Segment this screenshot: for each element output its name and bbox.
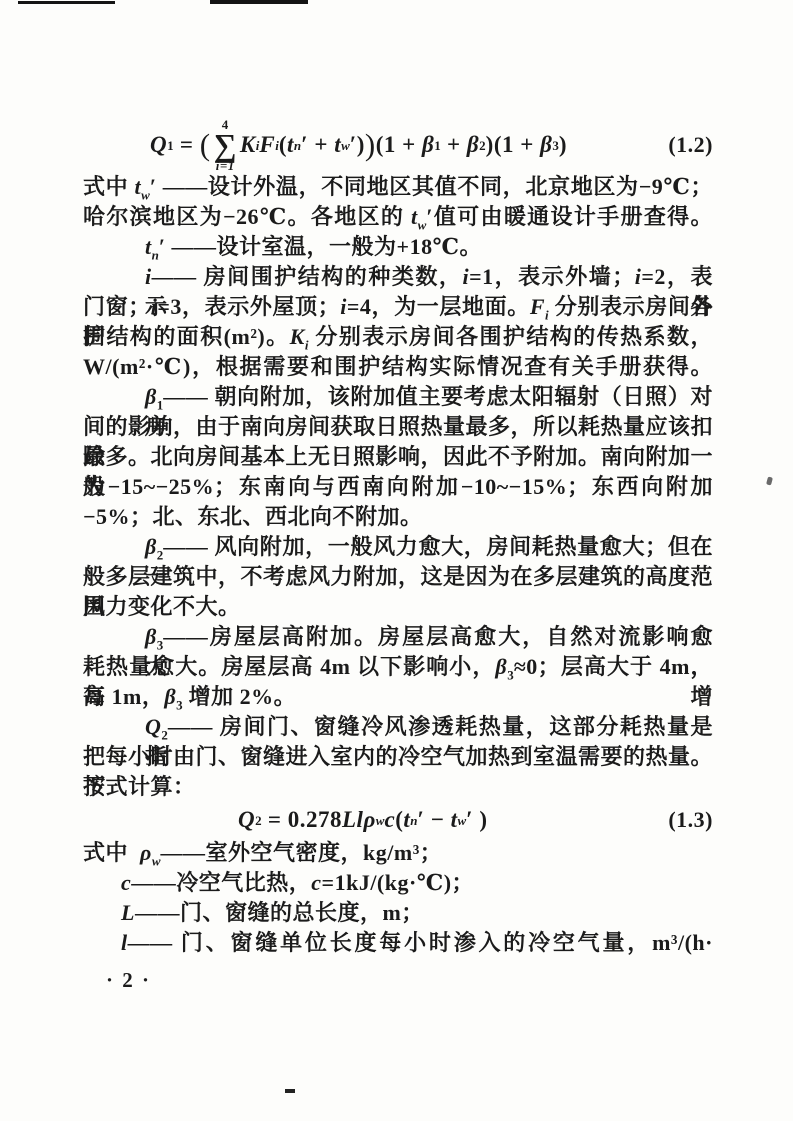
scan-speck-right-margin	[766, 476, 773, 485]
variable: t	[287, 130, 294, 160]
text-token: 下式计算：	[83, 774, 196, 799]
text-token: = 0.278	[262, 805, 342, 835]
variable: t	[411, 204, 418, 229]
text-line: β1—— 朝向附加，该附加值主要考虑太阳辐射（日照）对房	[83, 382, 713, 412]
text-line: 门窗；i=3，表示外屋顶；i=4，为一层地面。Fi 分别表示房间各围	[83, 292, 713, 322]
variable: β	[145, 534, 157, 559]
text-token: W/(m²·℃)，根据需要和围护结构实际情况查有关手册获得。	[83, 354, 713, 379]
text-line: L——门、窗缝的总长度，m；	[83, 898, 713, 928]
text-line: 把每小时由门、窗缝进入室内的冷空气加热到室温需要的热量。按	[83, 742, 713, 772]
text-token: +	[441, 130, 467, 160]
text-token: )	[365, 130, 376, 160]
text-line: β3——房屋层高附加。房屋层高愈大，自然对流影响愈大，	[83, 622, 713, 652]
text-token: (	[200, 130, 211, 160]
variable: c	[384, 805, 395, 835]
variable: i	[340, 294, 347, 319]
page-number: · 2 ·	[106, 968, 151, 993]
equation-formula: Q1 = (4∑i=1KiFi(tn′ + tw′))(1 + β1 + β2)…	[150, 118, 567, 173]
variable: L	[121, 900, 135, 925]
variable: β	[540, 130, 552, 160]
variable: t	[451, 805, 458, 835]
equation-number: (1.3)	[668, 805, 713, 835]
variable: Q	[238, 805, 255, 835]
text-token: —— 门、窗缝单位长度每小时渗入的冷空气量，m³/(h·	[128, 930, 713, 955]
text-token: =1，表示外墙；	[469, 264, 635, 289]
subscript: w	[141, 187, 150, 202]
text-line: 风力变化不大。	[83, 592, 713, 622]
equation-formula: Q2 = 0.278Llρwc(tn′ − tw′ )	[238, 805, 488, 835]
text-line: 耗热量愈大。房屋层高 4m 以下影响小，β3≈0；层高大于 4m，每增	[83, 652, 713, 682]
variable: c	[121, 870, 131, 895]
text-line: β2—— 风向附加，一般风力愈大，房间耗热量愈大；但在一	[83, 532, 713, 562]
text-token: 增加 2%。	[183, 684, 297, 709]
variable: i	[145, 264, 152, 289]
text-token: 式中	[83, 840, 140, 865]
scan-artifact-bar-right	[210, 0, 308, 4]
variable: l	[121, 930, 128, 955]
variable: ρ	[140, 840, 152, 865]
text-token: =4，为一层地面。	[347, 294, 530, 319]
text-token: (1 +	[376, 130, 422, 160]
text-line: 式中 tw′ ——设计外温，不同地区其值不同，北京地区为−9℃；	[83, 172, 713, 202]
scan-artifact-bar-left	[18, 1, 115, 4]
text-line: Q2—— 房间门、窗缝冷风渗透耗热量，这部分耗热量是指	[83, 712, 713, 742]
text-line: W/(m²·℃)，根据需要和围护结构实际情况查有关手册获得。	[83, 352, 713, 382]
variable: L	[342, 805, 357, 835]
text-token: ′ ——设计室温，一般为+18℃。	[159, 234, 482, 259]
summation-symbol: 4∑i=1	[214, 118, 237, 173]
variable: t	[403, 805, 410, 835]
subscript: n	[294, 139, 301, 152]
text-token: )(1 +	[486, 130, 540, 160]
text-line: 最多。北向房间基本上无日照影响，因此不予附加。南向附加一般	[83, 442, 713, 472]
subscript: w	[341, 139, 350, 152]
text-token: —— 房间围护结构的种类数，	[152, 264, 463, 289]
variable: ρ	[363, 805, 375, 835]
subscript: n	[152, 247, 159, 262]
variable: β	[145, 384, 157, 409]
text-token: ′ +	[301, 130, 334, 160]
text-line: −5%；北、东北、西北向不附加。	[83, 502, 713, 532]
text-line: l—— 门、窗缝单位长度每小时渗入的冷空气量，m³/(h·	[83, 928, 713, 958]
text-token: (	[395, 805, 403, 835]
variable: β	[495, 654, 507, 679]
text-token: 哈尔滨地区为−26℃。各地区的	[83, 204, 411, 229]
variable: c	[311, 870, 321, 895]
variable: β	[145, 624, 157, 649]
text-token: 为−15~−25%；东南向与西南向附加−10~−15%；东西向附加	[83, 474, 713, 499]
text-token: ——冷空气比热，	[131, 870, 311, 895]
scan-speck-bottom	[285, 1089, 295, 1093]
text-token: 护结构的面积(m²)。	[83, 324, 290, 349]
text-token: ′ )	[466, 805, 487, 835]
subscript: n	[410, 814, 417, 827]
text-line: 般多层建筑中，不考虑风力附加，这是因为在多层建筑的高度范围	[83, 562, 713, 592]
scanned-book-page: Q1 = (4∑i=1KiFi(tn′ + tw′))(1 + β1 + β2)…	[0, 0, 793, 1121]
equation-number: (1.2)	[668, 130, 713, 160]
text-token: =	[174, 130, 200, 160]
variable: β	[164, 684, 176, 709]
equation-line: Q2 = 0.278Llρwc(tn′ − tw′ )(1.3)	[83, 802, 713, 838]
text-token: −5%；北、东北、西北向不附加。	[83, 504, 423, 529]
variable: Q	[150, 130, 167, 160]
text-token: 风力变化不大。	[83, 594, 241, 619]
text-token: ——室外空气密度，kg/m³；	[161, 840, 443, 865]
variable: K	[290, 324, 305, 349]
variable: β	[422, 130, 434, 160]
text-token: )	[559, 130, 567, 160]
text-line: 间的影响，由于南向房间获取日照热量最多，所以耗热量应该扣除	[83, 412, 713, 442]
equation-line: Q1 = (4∑i=1KiFi(tn′ + tw′))(1 + β1 + β2)…	[83, 118, 713, 172]
text-line: i—— 房间围护结构的种类数，i=1，表示外墙；i=2，表示外	[83, 262, 713, 292]
variable: Q	[145, 714, 161, 739]
text-token: 高 1m，	[83, 684, 164, 709]
text-line: 护结构的面积(m²)。Ki 分别表示房间各围护结构的传热系数，	[83, 322, 713, 352]
text-token: 耗热量愈大。房屋层高 4m 以下影响小，	[83, 654, 495, 679]
variable: t	[334, 130, 341, 160]
text-column: Q1 = (4∑i=1KiFi(tn′ + tw′))(1 + β1 + β2)…	[83, 118, 713, 958]
variable: β	[467, 130, 479, 160]
text-token: =1kJ/(kg·℃)；	[322, 870, 474, 895]
text-line: tn′ ——设计室温，一般为+18℃。	[83, 232, 713, 262]
variable: K	[240, 130, 256, 160]
text-line: c——冷空气比热，c=1kJ/(kg·℃)；	[83, 868, 713, 898]
variable: F	[259, 130, 275, 160]
text-token: (	[279, 130, 287, 160]
subscript: w	[457, 814, 466, 827]
subscript: w	[376, 814, 385, 827]
variable: t	[145, 234, 152, 259]
subscript: w	[152, 853, 161, 868]
text-token: =3，表示外屋顶；	[157, 294, 340, 319]
text-token: ′)	[350, 130, 365, 160]
text-token: ——门、窗缝的总长度，m；	[135, 900, 424, 925]
text-line: 哈尔滨地区为−26℃。各地区的 tw′值可由暖通设计手册查得。	[83, 202, 713, 232]
text-token: 分别表示房间各围护结构的传热系数，	[308, 324, 713, 349]
variable: F	[530, 294, 545, 319]
text-token: ′ ——设计外温，不同地区其值不同，北京地区为−9℃；	[150, 174, 713, 199]
text-token: ′ −	[417, 805, 450, 835]
text-line: 式中 ρw——室外空气密度，kg/m³；	[83, 838, 713, 868]
text-token: ′值可由暖通设计手册查得。	[426, 204, 713, 229]
text-token: 式中	[83, 174, 135, 199]
text-line: 为−15~−25%；东南向与西南向附加−10~−15%；东西向附加	[83, 472, 713, 502]
text-token: 门窗；	[83, 294, 151, 319]
text-line: 下式计算：	[83, 772, 713, 802]
